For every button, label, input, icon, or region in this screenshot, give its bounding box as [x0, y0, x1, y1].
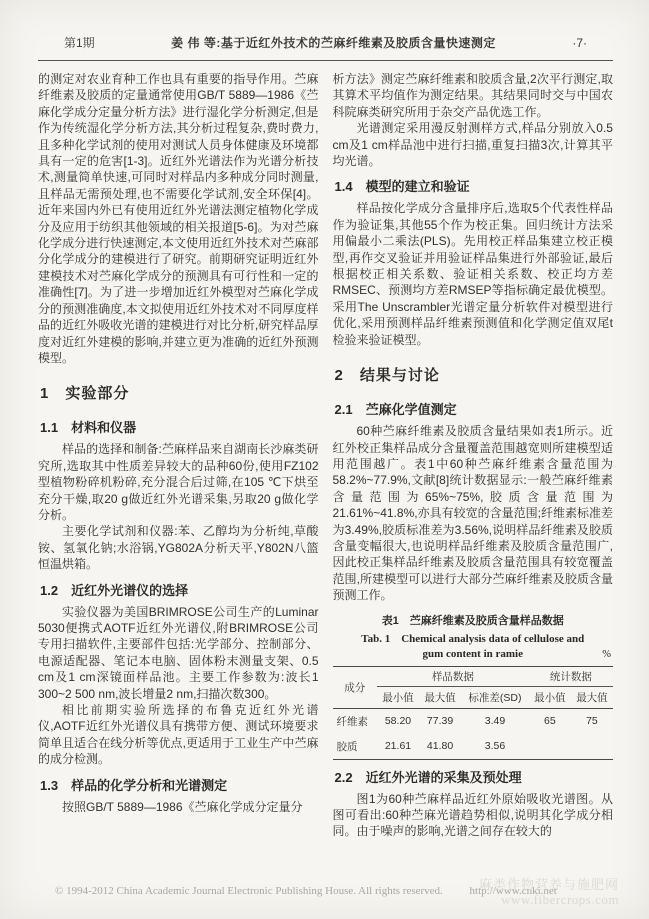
section-heading-2: 2 结果与讨论 — [335, 364, 614, 385]
paragraph-chemvalues: 60种苎麻纤维素及胶质含量结果如表1所示。近红外校正集样品成分含量覆盖范围越宽则… — [333, 423, 614, 603]
table-header-groups: 成分 样品数据 统计数据 — [333, 666, 614, 686]
right-column: 析方法》测定苎麻纤维素和胶质含量,2次平行测定,取其算术平均值作为测定结果。其结… — [333, 71, 614, 863]
cell-stat-min — [529, 734, 571, 760]
page-header: 第1期 姜 伟 等:基于近红外技术的苎麻纤维素及胶质含量快速测定 ·7· — [38, 34, 613, 51]
page-number: ·7· — [572, 36, 587, 50]
paragraph-spectra: 光谱测定采用漫反射测样方式,样品分别放入0.5 cm及1 cm样品池中进行扫描,… — [333, 120, 614, 169]
paragraph-method-cont: 析方法》测定苎麻纤维素和胶质含量,2次平行测定,取其算术平均值作为测定结果。其结… — [333, 71, 614, 120]
cell-max: 41.80 — [419, 734, 461, 760]
header-rule — [38, 60, 613, 61]
paragraph-gbt: 按照GB/T 5889—1986《苎麻化学成分定量分 — [38, 799, 319, 815]
group-sample-data: 样品数据 — [377, 666, 529, 686]
page-footer: © 1994-2012 China Academic Journal Elect… — [0, 875, 649, 909]
table-row: 纤维素 58.20 77.39 3.49 65 75 — [333, 708, 614, 734]
table-caption-en-2: gum content in ramie % — [333, 647, 614, 662]
watermark: 麻类作物营养与施肥网 www.fibercrops.com — [479, 877, 619, 907]
cell-max: 77.39 — [419, 708, 461, 734]
col-max: 最大值 — [419, 686, 461, 708]
paragraph-nir-collect: 图1为60种苎麻样品近红外原始吸收光谱图。从图可看出:60种苎麻光谱趋势相似,说… — [333, 791, 614, 840]
group-stat-data: 统计数据 — [529, 666, 613, 686]
table-1-block: 表1 苎麻纤维素及胶质含量样品数据 Tab. 1 Chemical analys… — [333, 612, 614, 760]
subsection-heading-2-1: 2.1 苎麻化学值测定 — [335, 399, 614, 418]
cell-min: 58.20 — [377, 708, 419, 734]
table-caption-zh: 表1 苎麻纤维素及胶质含量样品数据 — [333, 612, 614, 628]
running-title: 姜 伟 等:基于近红外技术的苎麻纤维素及胶质含量快速测定 — [95, 34, 573, 51]
table-caption-en-1: Tab. 1 Chemical analysis data of cellulo… — [333, 632, 614, 647]
cell-stat-min: 65 — [529, 708, 571, 734]
table-unit: % — [602, 647, 611, 662]
two-column-body: 的测定对农业育种工作也具有重要的指导作用。苎麻纤维素及胶质的定量通常使用GB/T… — [38, 71, 613, 863]
subsection-heading-2-2: 2.2 近红外光谱的采集及预处理 — [335, 767, 614, 786]
copyright-text: © 1994-2012 China Academic Journal Elect… — [55, 885, 443, 897]
cell-sd: 3.56 — [461, 734, 529, 760]
paragraph-aotf: 相比前期实验所选择的布鲁克近红外光谱仪,AOTF近红外光谱仪具有携带方便、测试环… — [38, 702, 319, 768]
table-row: 胶质 21.61 41.80 3.56 — [333, 734, 614, 760]
paragraph-intro: 的测定对农业育种工作也具有重要的指导作用。苎麻纤维素及胶质的定量通常使用GB/T… — [38, 71, 319, 366]
subsection-heading-1-1: 1.1 材料和仪器 — [40, 417, 319, 436]
col-sd: 标准差(SD) — [461, 686, 529, 708]
paragraph-samples: 样品的选择和制备:苎麻样品来自湖南长沙麻类研究所,选取其中性质差异较大的品种60… — [38, 441, 319, 523]
issue-label: 第1期 — [64, 34, 95, 51]
subsection-heading-1-4: 1.4 模型的建立和验证 — [335, 176, 614, 195]
table-caption-en-2-text: gum content in ramie — [422, 648, 523, 660]
cell-min: 21.61 — [377, 734, 419, 760]
section-heading-1: 1 实验部分 — [40, 382, 319, 403]
subsection-heading-1-2: 1.2 近红外光谱仪的选择 — [40, 580, 319, 599]
cell-stat-max — [571, 734, 613, 760]
paragraph-model: 样品按化学成分含量排序后,选取5个代表性样品作为验证集,其他55个作为校正集。回… — [333, 200, 614, 348]
cell-sd: 3.49 — [461, 708, 529, 734]
paragraph-instrument: 实验仪器为美国BRIMROSE公司生产的Luminar 5030便携式AOTF近… — [38, 604, 319, 702]
cell-stat-max: 75 — [571, 708, 613, 734]
col-component: 成分 — [333, 666, 377, 708]
col-stat-max: 最大值 — [571, 686, 613, 708]
col-min: 最小值 — [377, 686, 419, 708]
paragraph-reagents: 主要化学试剂和仪器:苯、乙醇均为分析纯,草酸铵、氢氧化钠;水浴锅,YG802A分… — [38, 523, 319, 572]
subsection-heading-1-3: 1.3 样品的化学分析和光谱测定 — [40, 775, 319, 794]
watermark-site-url: www.fibercrops.com — [479, 892, 619, 907]
cell-name: 胶质 — [333, 734, 377, 760]
left-column: 的测定对农业育种工作也具有重要的指导作用。苎麻纤维素及胶质的定量通常使用GB/T… — [38, 71, 319, 863]
journal-page: 第1期 姜 伟 等:基于近红外技术的苎麻纤维素及胶质含量快速测定 ·7· 的测定… — [0, 0, 649, 919]
table-1: 成分 样品数据 统计数据 最小值 最大值 标准差(SD) 最小值 最大值 — [333, 666, 614, 760]
col-stat-min: 最小值 — [529, 686, 571, 708]
watermark-site-name: 麻类作物营养与施肥网 — [479, 877, 619, 892]
cell-name: 纤维素 — [333, 708, 377, 734]
